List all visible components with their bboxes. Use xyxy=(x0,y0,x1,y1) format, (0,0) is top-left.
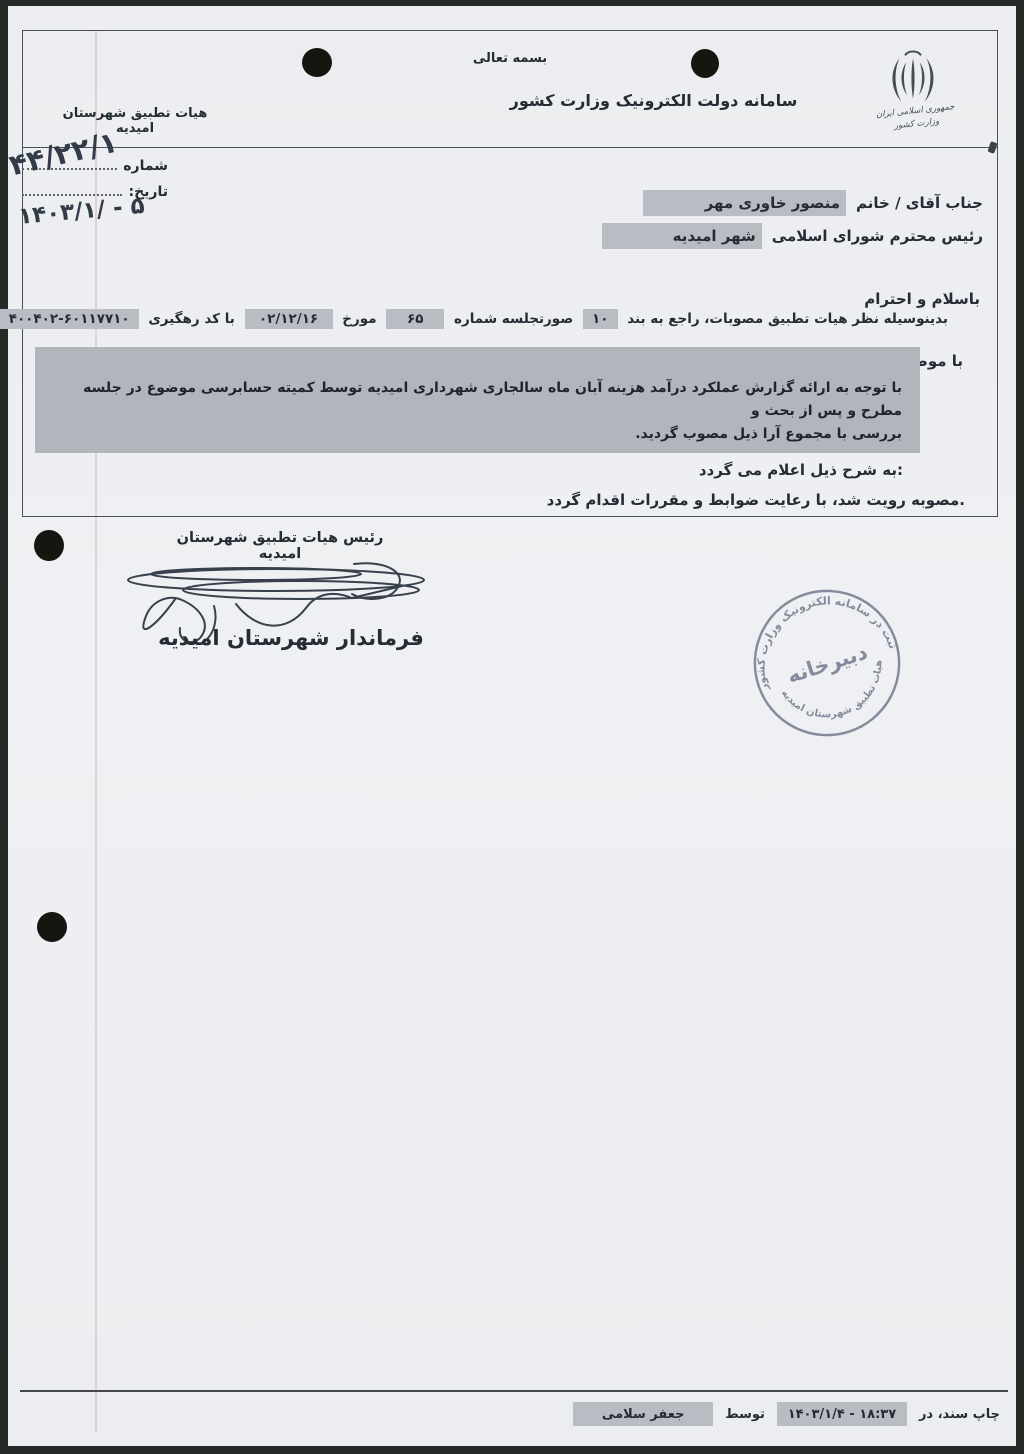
recipient-name: منصور خاوری مهر xyxy=(705,194,840,212)
header-divider xyxy=(22,147,998,148)
subject-line2: بررسی با مجموع آرا ذیل مصوب گردید. xyxy=(55,423,902,446)
decision-line: مصوبه رویت شد، با رعایت ضوابط و مقررات ا… xyxy=(547,491,965,509)
printed-by-highlight: جعفر سلامی xyxy=(573,1402,713,1426)
subject-highlight-block: با توجه به ارائه گزارش عملکرد درآمد هزین… xyxy=(35,347,920,453)
minutes-date-highlight: ۰۲/۱۲/۱۶ xyxy=(245,309,333,329)
announce-line: به شرح ذیل اعلام می گردد: xyxy=(699,461,903,479)
recipient-city: شهر امیدیه xyxy=(673,227,756,245)
subject-line1: با توجه به ارائه گزارش عملکرد درآمد هزین… xyxy=(55,377,902,423)
iran-emblem-icon xyxy=(880,48,946,106)
recipient-line1: جناب آقای / خانم منصور خاوری مهر xyxy=(643,190,983,216)
stamp-center-text: دبیرخانه xyxy=(784,640,870,688)
recipient-city-highlight: شهر امیدیه xyxy=(602,223,762,249)
intro-part2: صورتجلسه شماره xyxy=(454,311,573,327)
intro-part1: بدینوسیله نظر هیات تطبیق مصوبات، راجع به… xyxy=(627,311,948,327)
system-title: سامانه دولت الکترونیک وزارت کشور xyxy=(446,91,861,110)
letter-page: هیات تطبیق شهرستان امیدیه بسمه تعالی سام… xyxy=(8,6,1016,1446)
punch-hole-dot xyxy=(34,530,64,561)
punch-hole-dot xyxy=(302,48,332,77)
footer-print-info: چاپ سند، در ۱۴۰۳/۱/۴ - ۱۸:۳۷ توسط جعفر س… xyxy=(573,1402,1000,1426)
punch-hole-dot xyxy=(37,912,67,942)
intro-part3: مورخ xyxy=(342,311,376,327)
minutes-number-highlight: ۶۵ xyxy=(386,309,444,329)
printed-datetime-highlight: ۱۴۰۳/۱/۴ - ۱۸:۳۷ xyxy=(777,1402,907,1426)
recipient-name-highlight: منصور خاوری مهر xyxy=(643,190,846,216)
printed-label: چاپ سند، در xyxy=(919,1407,1000,1422)
secretariat-stamp: ثبت در سامانه الکترونیک وزارت کشور هیات … xyxy=(727,563,926,762)
printed-by-label: توسط xyxy=(725,1407,765,1422)
punch-hole-dot xyxy=(691,49,719,78)
scanned-document: هیات تطبیق شهرستان امیدیه بسمه تعالی سام… xyxy=(0,0,1024,1454)
intro-line: بدینوسیله نظر هیات تطبیق مصوبات، راجع به… xyxy=(0,309,948,329)
recipient-line1-label: جناب آقای / خانم xyxy=(856,194,983,212)
salutation: باسلام و احترام xyxy=(864,290,980,308)
recipient-line2-label: رئیس محترم شورای اسلامی xyxy=(772,227,983,245)
footer-divider xyxy=(20,1390,1008,1392)
bismillah-text: بسمه تعالی xyxy=(460,51,560,66)
tracking-code-highlight: ۴۰۰۴۰۲-۶۰۱۱۷۷۱۰ xyxy=(0,309,139,329)
number-label: شماره xyxy=(123,158,168,174)
governor-title: فرماندار شهرستان امیدیه xyxy=(132,626,450,650)
recipient-line2: رئیس محترم شورای اسلامی شهر امیدیه xyxy=(602,223,983,249)
subject-text: با توجه به ارائه گزارش عملکرد درآمد هزین… xyxy=(55,377,902,446)
intro-part4: با کد رهگیری xyxy=(148,311,234,327)
clause-number-highlight: ۱۰ xyxy=(583,309,617,329)
